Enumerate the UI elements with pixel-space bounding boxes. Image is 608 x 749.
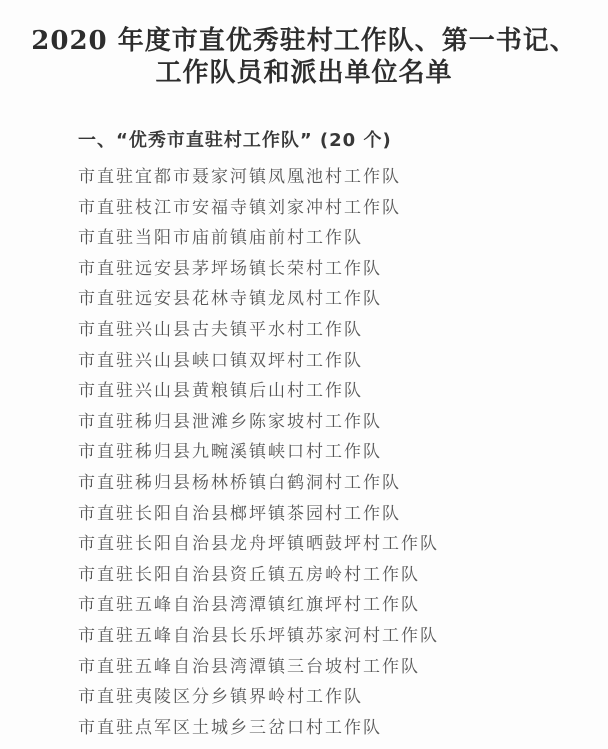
list-item: 市直驻兴山县古夫镇平水村工作队 (78, 315, 608, 346)
document-page: 2020 年度市直优秀驻村工作队、第一书记、 工作队员和派出单位名单 一、“优秀… (0, 0, 608, 749)
list-item: 市直驻五峰自治县湾潭镇红旗坪村工作队 (78, 590, 608, 621)
page-title: 2020 年度市直优秀驻村工作队、第一书记、 工作队员和派出单位名单 (0, 0, 608, 89)
list-item: 市直驻长阳自治县资丘镇五房岭村工作队 (78, 560, 608, 591)
page-title-line-1: 2020 年度市直优秀驻村工作队、第一书记、 (0, 25, 608, 57)
list-item: 市直驻五峰自治县长乐坪镇苏家河村工作队 (78, 621, 608, 652)
list-item: 市直驻点军区土城乡三岔口村工作队 (78, 713, 608, 744)
list-item: 市直驻远安县花林寺镇龙凤村工作队 (78, 284, 608, 315)
list-item: 市直驻宜都市聂家河镇凤凰池村工作队 (78, 162, 608, 193)
page-title-line-2: 工作队员和派出单位名单 (0, 57, 608, 89)
section-heading: 一、“优秀市直驻村工作队” (20 个) (78, 126, 608, 152)
team-list: 市直驻宜都市聂家河镇凤凰池村工作队市直驻枝江市安福寺镇刘家冲村工作队市直驻当阳市… (78, 162, 608, 743)
list-item: 市直驻夷陵区分乡镇界岭村工作队 (78, 682, 608, 713)
list-item: 市直驻秭归县杨林桥镇白鹤洞村工作队 (78, 468, 608, 499)
list-item: 市直驻远安县茅坪场镇长荣村工作队 (78, 254, 608, 285)
list-item: 市直驻当阳市庙前镇庙前村工作队 (78, 223, 608, 254)
list-item: 市直驻秭归县九畹溪镇峡口村工作队 (78, 437, 608, 468)
list-item: 市直驻五峰自治县湾潭镇三台坡村工作队 (78, 652, 608, 683)
list-item: 市直驻长阳自治县榔坪镇茶园村工作队 (78, 499, 608, 530)
list-item: 市直驻兴山县峡口镇双坪村工作队 (78, 346, 608, 377)
list-item: 市直驻兴山县黄粮镇后山村工作队 (78, 376, 608, 407)
list-item: 市直驻秭归县泄滩乡陈家坡村工作队 (78, 407, 608, 438)
list-item: 市直驻枝江市安福寺镇刘家冲村工作队 (78, 193, 608, 224)
list-item: 市直驻长阳自治县龙舟坪镇晒鼓坪村工作队 (78, 529, 608, 560)
